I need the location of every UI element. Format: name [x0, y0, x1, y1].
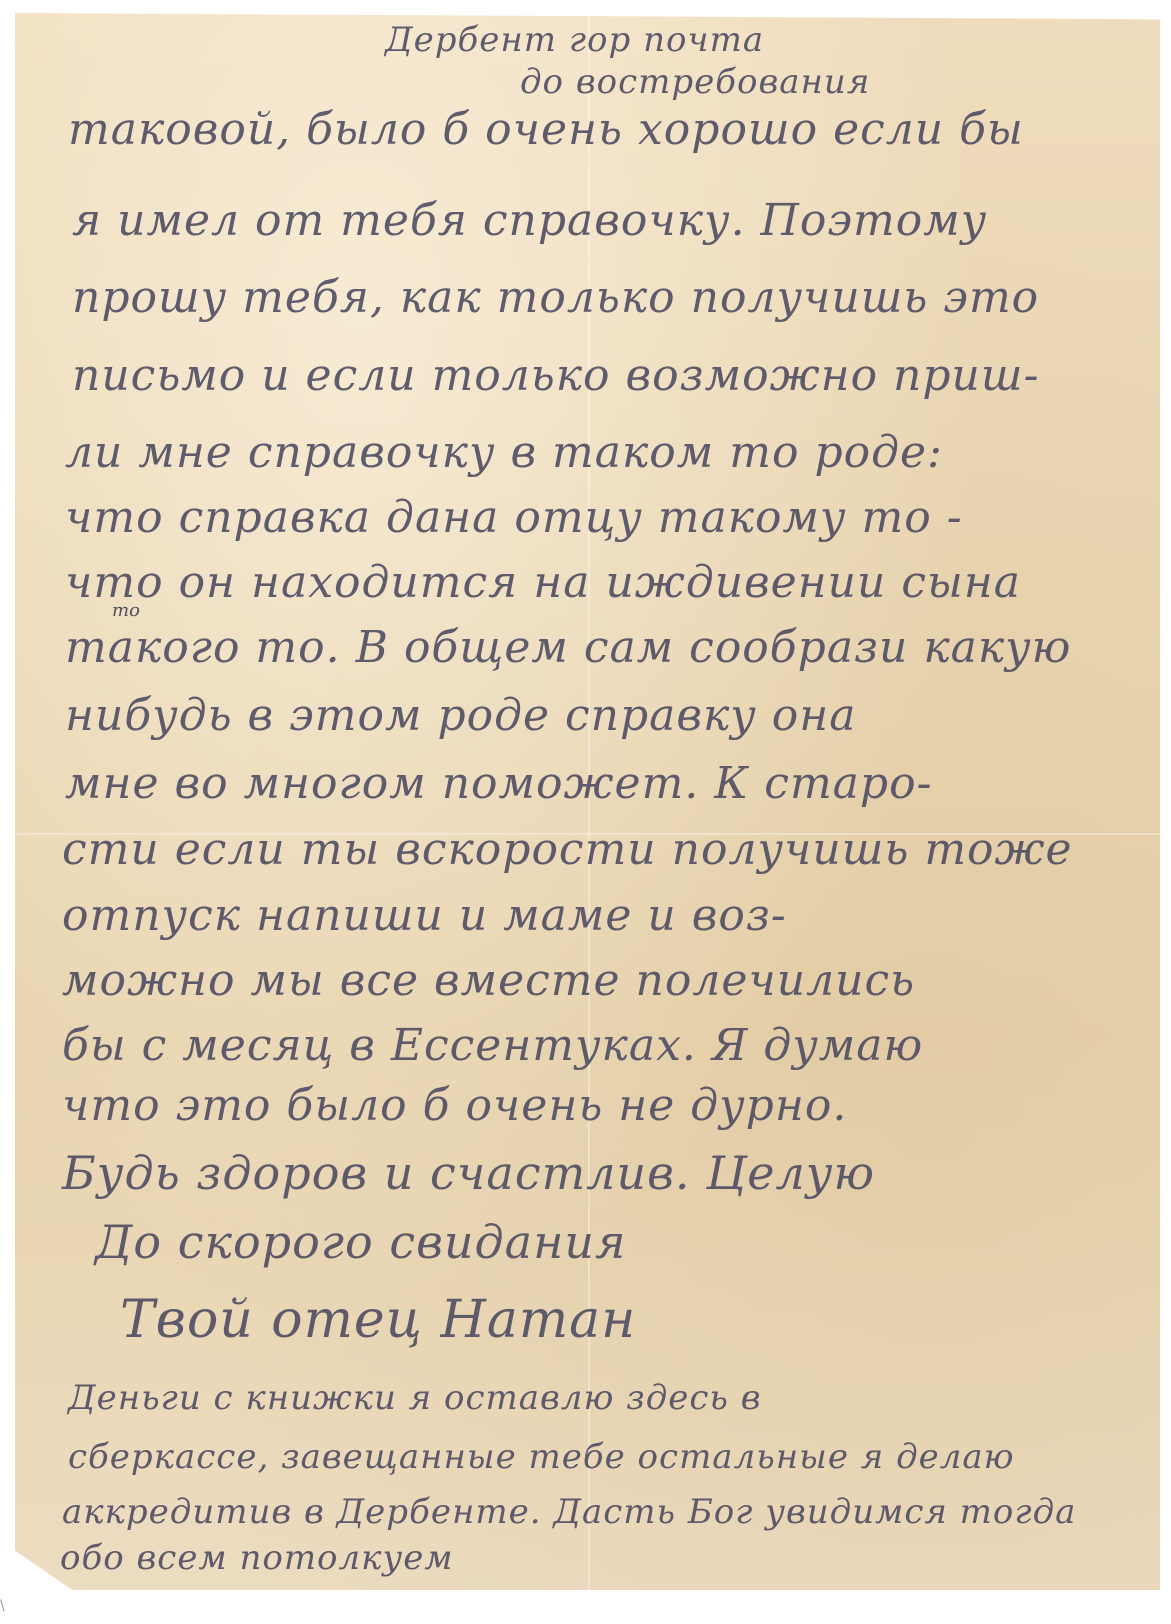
body-line-5: ли мне справочку в таком то роде:: [65, 427, 943, 478]
postscript-line-4: обо всем потолкуем: [60, 1538, 454, 1578]
header-address-line-1: Дербент гор почта: [385, 20, 764, 60]
body-line-12: отпуск напиши и маме и воз-: [62, 890, 787, 941]
header-address-line-2: до востребования: [520, 62, 870, 102]
body-line-2: я имел от тебя справочку. Поэтому: [72, 195, 987, 246]
body-line-10: мне во многом поможет. К старо-: [65, 758, 932, 809]
body-line-8: такого то. В общем сам сообрази какую: [65, 622, 1071, 673]
body-line-1: таковой, было б очень хорошо если бы: [68, 104, 1024, 155]
signature: Твой отец Натан: [120, 1290, 636, 1350]
body-line-15: что это было б очень не дурно.: [62, 1080, 847, 1131]
body-line-7: что он находится на иждивении сына: [65, 557, 1021, 608]
body-line-9: нибудь в этом роде справку она: [65, 690, 857, 741]
body-line-4: письмо и если только возможно приш-: [72, 350, 1039, 401]
body-line-3: прошу тебя, как только получишь это: [72, 272, 1039, 323]
postscript-line-2: сберкассе, завещанные тебе остальные я д…: [68, 1437, 1015, 1477]
body-line-11: сти если ты вскорости получишь тоже: [62, 824, 1073, 875]
postscript-line-3: аккредитив в Дербенте. Дасть Бог увидимс…: [62, 1492, 1076, 1532]
body-line-6: что справка дана отцу такому то -: [65, 492, 963, 543]
insert-mark: то: [112, 600, 140, 621]
body-line-14: бы с месяц в Ессентуках. Я думаю: [62, 1020, 923, 1071]
body-line-13: можно мы все вместе полечились: [62, 955, 915, 1006]
closing-line-2: До скорого свидания: [95, 1215, 626, 1269]
scan-artifact: \: [0, 1598, 5, 1614]
postscript-line-1: Деньги с книжки я оставлю здесь в: [68, 1378, 762, 1418]
closing-line-1: Будь здоров и счастлив. Целую: [62, 1146, 875, 1200]
